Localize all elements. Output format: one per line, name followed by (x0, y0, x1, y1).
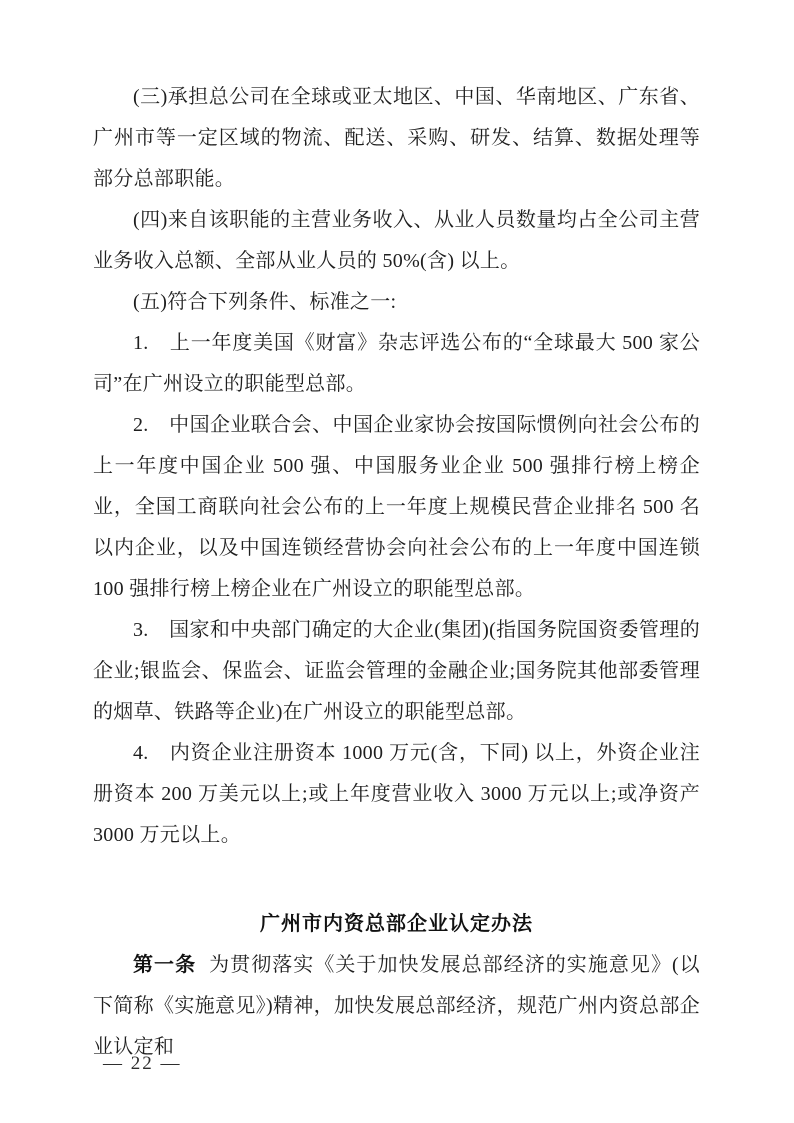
paragraph-item-4: (四)来自该职能的主营业务收入、从业人员数量均占全公司主营业务收入总额、全部从业… (93, 200, 700, 282)
paragraph-item-3: (三)承担总公司在全球或亚太地区、中国、华南地区、广东省、广州市等一定区域的物流… (93, 77, 700, 200)
paragraph-item-5: (五)符合下列条件、标准之一: (93, 282, 700, 323)
page-number: — 22 — (103, 1052, 182, 1076)
paragraph-criterion-4: 4. 内资企业注册资本 1000 万元(含，下同) 以上，外资企业注册资本 20… (93, 733, 700, 856)
document-body: (三)承担总公司在全球或亚太地区、中国、华南地区、广东省、广州市等一定区域的物流… (93, 77, 700, 1068)
document-page: (三)承担总公司在全球或亚太地区、中国、华南地区、广东省、广州市等一定区域的物流… (0, 0, 794, 1123)
paragraph-criterion-3: 3. 国家和中央部门确定的大企业(集团)(指国务院国资委管理的企业;银监会、保监… (93, 610, 700, 733)
section-title: 广州市内资总部企业认定办法 (93, 904, 700, 945)
paragraph-criterion-1: 1. 上一年度美国《财富》杂志评选公布的“全球最大 500 家公司”在广州设立的… (93, 323, 700, 405)
paragraph-criterion-2: 2. 中国企业联合会、中国企业家协会按国际惯例向社会公布的上一年度中国企业 50… (93, 405, 700, 610)
article-1-paragraph: 第一条为贯彻落实《关于加快发展总部经济的实施意见》(以下简称《实施意见》)精神，… (93, 945, 700, 1068)
article-1-label: 第一条 (133, 954, 209, 976)
